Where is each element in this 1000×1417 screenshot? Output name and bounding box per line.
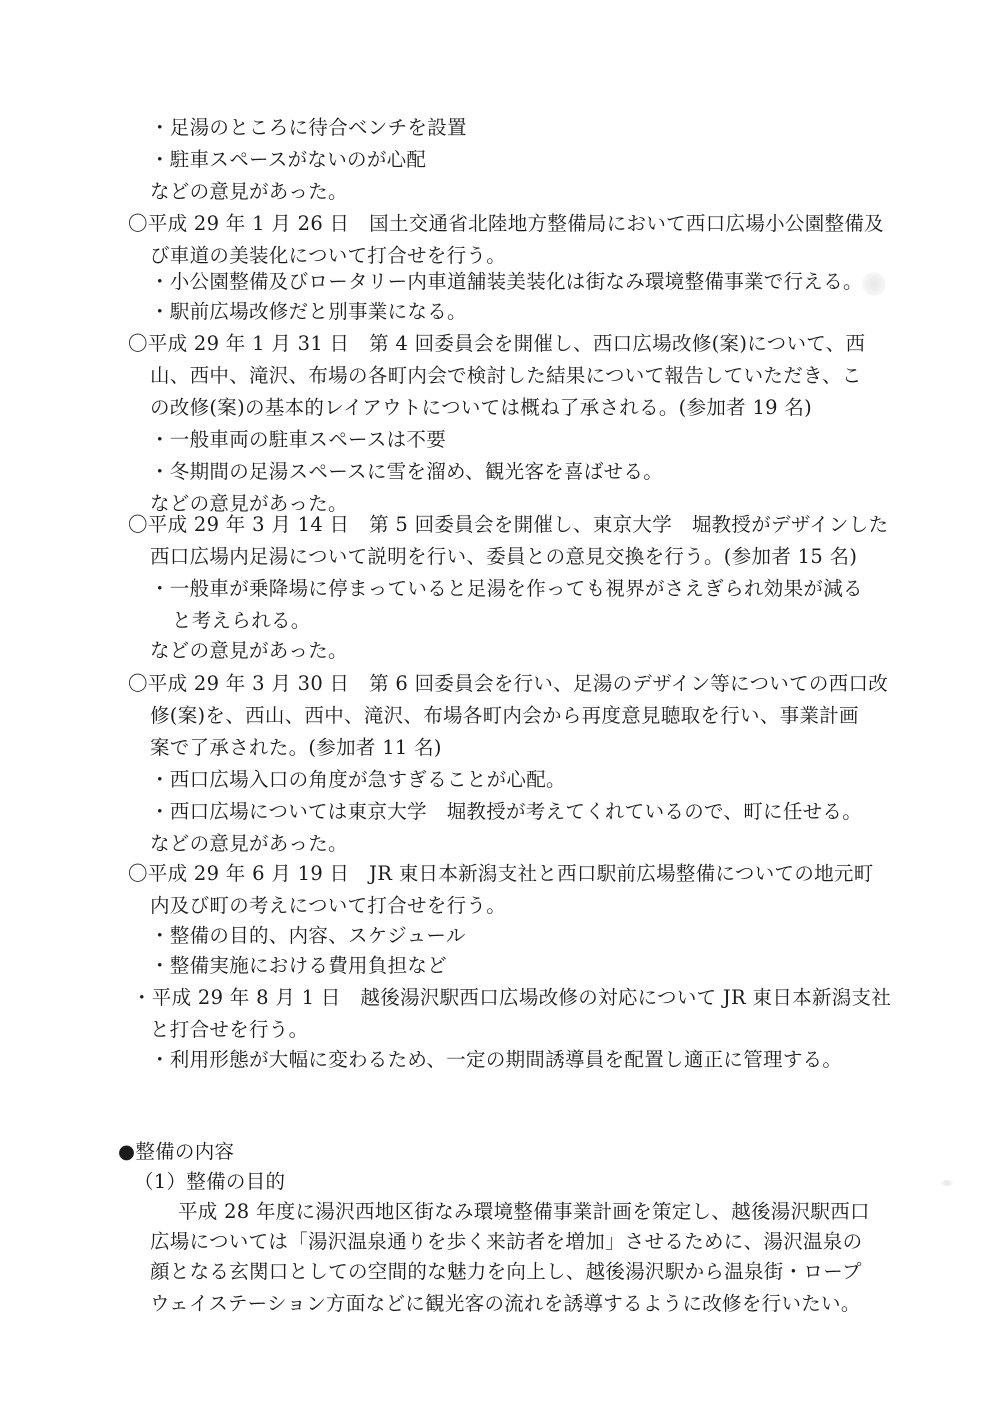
- document-line: 平成 28 年度に湯沢西地区街なみ環境整備事業計画を策定し、越後湯沢駅西口: [178, 1200, 870, 1224]
- document-line: 案で了承された。(参加者 11 名): [150, 736, 442, 760]
- document-line: ・駐車スペースがないのが心配: [150, 148, 426, 172]
- document-line: 広場については「湯沢温泉通りを歩く来訪者を増加」させるために、湯沢温泉の: [150, 1230, 862, 1254]
- document-line: ・一般車が乗降場に停まっていると足湯を作っても視界がさえぎられ効果が減る: [150, 577, 863, 601]
- document-line: と打合せを行う。: [150, 1018, 308, 1042]
- document-line: び車道の美装化について打合せを行う。: [150, 244, 506, 268]
- document-line: （1）整備の目的: [134, 1170, 285, 1194]
- scan-smudge: [862, 272, 886, 296]
- document-line: 修(案)を、西山、西中、滝沢、布場各町内会から再度意見聴取を行い、事業計画: [150, 704, 859, 728]
- document-line: ・整備実施における費用負担など: [150, 954, 447, 978]
- document-line: ●整備の内容: [118, 1140, 234, 1164]
- document-line: 〇平成 29 年 1 月 31 日 第 4 回委員会を開催し、西口広場改修(案)…: [128, 332, 865, 356]
- scan-smudge: [940, 1180, 954, 1186]
- document-line: ・西口広場については東京大学 堀教授が考えてくれているので、町に任せる。: [150, 800, 862, 824]
- document-line: ウェイステーション方面などに観光客の流れを誘導するように改修を行いたい。: [150, 1292, 861, 1316]
- document-page: ・足湯のところに待合ベンチを設置・駐車スペースがないのが心配などの意見があった。…: [0, 0, 1000, 1417]
- document-line: ・小公園整備及びロータリー内車道舗装美装化は街なみ環境整備事業で行える。: [150, 270, 863, 294]
- document-line: などの意見があった。: [150, 832, 348, 856]
- document-line: 〇平成 29 年 3 月 30 日 第 6 回委員会を行い、足湯のデザイン等につ…: [128, 672, 888, 696]
- document-line: ・駅前広場改修だと別事業になる。: [150, 300, 467, 324]
- document-line: ・冬期間の足湯スペースに雪を溜め、観光客を喜ばせる。: [150, 460, 663, 484]
- document-line: ・一般車両の駐車スペースは不要: [150, 428, 446, 452]
- document-line: 〇平成 29 年 6 月 19 日 JR 東日本新潟支社と西口駅前広場整備につい…: [128, 862, 874, 886]
- document-line: などの意見があった。: [150, 639, 348, 663]
- document-line: 山、西中、滝沢、布場の各町内会で検討した結果について報告していただき、こ: [150, 364, 862, 388]
- document-line: ・整備の目的、内容、スケジュール: [150, 924, 466, 948]
- document-line: ・平成 29 年 8 月 1 日 越後湯沢駅西口広場改修の対応について JR 東…: [132, 986, 891, 1010]
- document-line: 〇平成 29 年 3 月 14 日 第 5 回委員会を開催し、東京大学 堀教授が…: [128, 513, 888, 537]
- document-line: ・西口広場入口の角度が急すぎることが心配。: [150, 768, 566, 792]
- document-line: 西口広場内足湯について説明を行い、委員との意見交換を行う。(参加者 15 名): [150, 545, 857, 569]
- document-line: の改修(案)の基本的レイアウトについては概ね了承される。(参加者 19 名): [150, 396, 812, 420]
- document-line: などの意見があった。: [150, 180, 348, 204]
- document-line: 内及び町の考えについて打合せを行う。: [150, 894, 506, 918]
- document-line: ・足湯のところに待合ベンチを設置: [150, 116, 467, 140]
- document-line: ・利用形態が大幅に変わるため、一定の期間誘導員を配置し適正に管理する。: [150, 1048, 842, 1072]
- document-line: 顔となる玄関口としての空間的な魅力を向上し、越後湯沢駅から温泉街・ロープ: [150, 1260, 862, 1284]
- document-line: と考えられる。: [172, 609, 311, 633]
- document-line: 〇平成 29 年 1 月 26 日 国土交通省北陸地方整備局において西口広場小公…: [128, 212, 884, 236]
